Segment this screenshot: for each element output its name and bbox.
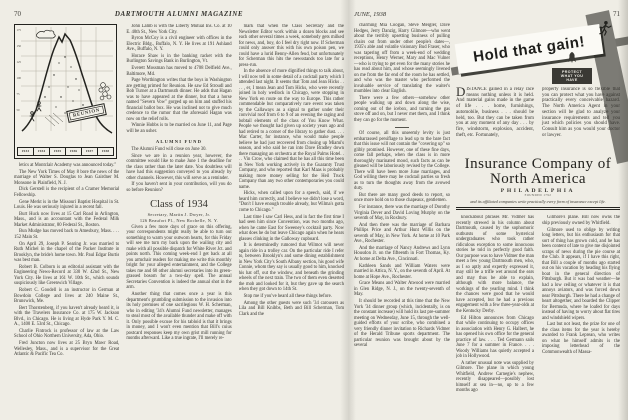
company-name-line2: North America (456, 172, 620, 187)
news-paragraph: John Lamb is with the Liberty Mutual Ins… (126, 24, 231, 35)
column-5: knockabout phrases Mr. Vidmer has recent… (456, 215, 534, 411)
news-paragraph: knockabout phrases Mr. Vidmer has recent… (456, 215, 534, 314)
ad-tagline: and its affiliated companies write pract… (456, 199, 620, 204)
news-paragraph: Everett Mossman has moved to 4708 Delfie… (126, 66, 231, 77)
column-1-text: letics at Montclair Academy was announce… (14, 163, 119, 358)
news-paragraph: Robert C. Goodell is an instructor in Ge… (14, 288, 119, 305)
news-paragraph: If you haven't sent in your contribution… (126, 182, 231, 193)
news-paragraph: Page Worthington writes that the boys in… (126, 78, 231, 122)
ad-banner-area: Hold that gain! (456, 23, 620, 85)
column-6: Gilmore's plane. Bill now owns the ship … (542, 215, 620, 411)
y-axis-label: 125 (17, 61, 22, 64)
section-divider (395, 127, 409, 128)
emblem-text: PROTECT WHAT YOU HAVE (552, 68, 592, 84)
left-page-header: 70 DARTMOUTH ALUMNI MAGAZINE 00 (14, 10, 344, 18)
ad-bottom-rule (456, 207, 620, 210)
news-paragraph: Byron McCoy is a civil engineer with off… (126, 36, 231, 53)
year-label: 1936 (65, 147, 82, 156)
news-paragraph: Grace Means and Walter Atwood were marri… (354, 281, 450, 298)
year-label: 1935 (49, 147, 66, 156)
y-axis-label: 150 (17, 45, 22, 48)
news-paragraph: Winnie Hobbs is to be married on June 11… (126, 123, 231, 134)
ad-body: DISTANCE gained in a relay race means no… (456, 87, 620, 153)
company-founded: FOUNDED 1792 (456, 194, 620, 197)
column-2-text-mid: The Alumni Fund will close on June 30.Si… (126, 147, 231, 193)
news-paragraph: Among the other guests were such '34 car… (239, 301, 344, 318)
y-axis-label: 50 (17, 109, 22, 112)
news-paragraph: letics at Montclair Academy was announce… (14, 163, 119, 169)
news-paragraph: Last time I saw Carl Hess, and in fact t… (239, 215, 344, 243)
news-paragraph: The New York Times of May 8 bore the new… (14, 170, 119, 187)
column-2-text-top: John Lamb is with the Liberty Mutual Ins… (126, 24, 231, 134)
drop-cap: D (456, 87, 466, 97)
right-page-header: JUNE, 1938 71 (354, 10, 620, 18)
class-secretary-line: Secretary, Martin J. Dwyer, Jr. (126, 212, 231, 217)
insurance-ad: Hold that gain! (456, 23, 620, 210)
news-paragraph: A rather unusual note was supplied by Gi… (456, 361, 534, 394)
page-right: JUNE, 1938 71 charming Mia Coogan, Steve… (348, 0, 628, 420)
news-paragraph: Another thing that comes once a year is … (126, 292, 231, 342)
alumni-fund-heading: ALUMNI FUND (126, 139, 231, 144)
news-paragraph: Gilmore used to oblige by writing long l… (542, 228, 620, 322)
column-4: charming Mia Coogan, Steve Meigler, Dave… (354, 23, 450, 411)
news-paragraph: Ed Hilton announces from Chicago that wh… (456, 316, 534, 360)
news-paragraph: The Alumni Fund will close on June 30. (126, 147, 231, 153)
year-label: 1937 (81, 147, 98, 156)
class-secretary-address: 126 Beaufort Pl., New Rochelle, N. Y. (126, 218, 231, 223)
news-paragraph: There were a few others—somehow other pe… (354, 96, 450, 124)
news-paragraph: It should be recorded at this time that … (354, 299, 450, 349)
ina-emblem: PROTECT WHAT YOU HAVE (552, 50, 592, 84)
news-paragraph: Robert B. Colborn is an editorial assist… (14, 265, 119, 287)
magazine-spread: 70 DARTMOUTH ALUMNI MAGAZINE 00 (0, 0, 628, 420)
below-ad-columns: knockabout phrases Mr. Vidmer has recent… (456, 215, 620, 411)
class-of-1934-heading: Class of 1934 (126, 199, 231, 210)
runner-figure-icon (596, 19, 615, 42)
right-page-number: 71 (613, 10, 620, 18)
news-paragraph: In the absence of more dignified things … (239, 69, 344, 190)
left-page-columns: 1751501251007550 REUNION 193319341935193… (14, 24, 344, 410)
news-paragraph: Hicks, when called upon for a speech, sa… (239, 191, 344, 213)
news-paragraph: Dick Gerstell is the recipient of a Cram… (14, 187, 119, 198)
y-axis-label: 100 (17, 77, 22, 80)
company-name-line1: Insurance Company of (456, 157, 620, 172)
news-paragraph: Horace Shaw is in the banking racket wit… (126, 54, 231, 65)
ad-body-left: DISTANCE gained in a relay race means no… (456, 87, 534, 153)
news-paragraph: And the marriage of Nancy Andrews and Ly… (354, 246, 450, 263)
column-4-text-bottom: Of course, all this unseemly levity is j… (354, 131, 450, 348)
company-city: PHILADELPHIA (456, 188, 620, 194)
news-paragraph: Gene Merkt is in the Missouri Baptist Ho… (14, 200, 119, 211)
right-page-body: charming Mia Coogan, Steve Meigler, Dave… (354, 23, 620, 411)
column-2-text-bottom: Given a few more days of grace on this o… (126, 225, 231, 342)
news-paragraph: Since we are in a reunion year, however,… (126, 154, 231, 182)
right-page-main: Hold that gain! (456, 23, 620, 411)
y-axis-label: 175 (17, 29, 22, 32)
column-2: John Lamb is with the Liberty Mutual Ins… (126, 24, 231, 410)
news-paragraph: Burt Huck now lives at 15 Carl Road in A… (14, 212, 119, 229)
year-label: 1938 (97, 147, 114, 156)
news-paragraph: Given a few more days of grace on this o… (126, 225, 231, 291)
year-label: 1934 (33, 147, 50, 156)
news-paragraph: For instance, there was the marriage of … (354, 205, 450, 222)
news-paragraph: Fred Juncton now lives at 25 Bryn Mawr R… (14, 341, 119, 358)
news-paragraph: charming Mia Coogan, Steve Meigler, Dave… (354, 23, 450, 95)
news-paragraph: On April 29, Joseph P. Searing Jr. was m… (14, 242, 119, 264)
news-paragraph: Charlie Fintrock is professor of law at … (14, 329, 119, 340)
news-paragraph: Bun Mudge has moved back to Amesbury, Ma… (14, 229, 119, 240)
ad-body-right: property insurance is so flexible that y… (542, 87, 620, 153)
news-paragraph: It is determinedly rumored that Wilmot w… (239, 243, 344, 293)
ad-logotype: Insurance Company of North America PHILA… (456, 157, 620, 204)
reunion-cartoon: 1751501251007550 REUNION 193319341935193… (14, 24, 117, 159)
news-paragraph: Kathleen Sands and William Waters were m… (354, 264, 450, 281)
ad-body-left-text: ISTANCE gained in a relay race means not… (456, 87, 534, 138)
y-axis-label: 75 (17, 93, 22, 96)
mountain-chart-drawing (21, 27, 113, 145)
column-3: mark that when the Class Secretary and t… (239, 24, 344, 410)
cartoon-year-axis: 193319341935193619371938 (17, 147, 114, 156)
column-1: 1751501251007550 REUNION 193319341935193… (14, 24, 119, 410)
news-paragraph: Of course, all this unseemly levity is j… (354, 131, 450, 192)
magazine-title: DARTMOUTH ALUMNI MAGAZINE (21, 10, 337, 18)
news-paragraph: But there are many good deeds to report,… (354, 193, 450, 204)
news-paragraph: mark that when the Class Secretary and t… (239, 24, 344, 68)
column-3-text: mark that when the Class Secretary and t… (239, 24, 344, 317)
news-paragraph: Bert Thorstenberg, if you haven't alread… (14, 306, 119, 328)
news-paragraph: Last but not least, the prize for one of… (542, 322, 620, 355)
cartoon-y-axis-labels: 1751501251007550 (17, 29, 22, 112)
year-label: 1933 (17, 147, 34, 156)
news-paragraph: Gilmore's plane. Bill now owns the ship … (542, 215, 620, 226)
left-page-number: 70 (14, 10, 21, 18)
emblem-line: HAVE (553, 78, 591, 82)
issue-date: JUNE, 1938 (354, 11, 613, 18)
news-paragraph: Stop me if you've heard all these things… (239, 294, 344, 300)
emblem-figure-icon (565, 52, 579, 63)
page-left: 70 DARTMOUTH ALUMNI MAGAZINE 00 (0, 0, 348, 420)
news-paragraph: And then there was the marriage of Barba… (354, 223, 450, 245)
column-4-text-top: charming Mia Coogan, Steve Meigler, Dave… (354, 23, 450, 123)
